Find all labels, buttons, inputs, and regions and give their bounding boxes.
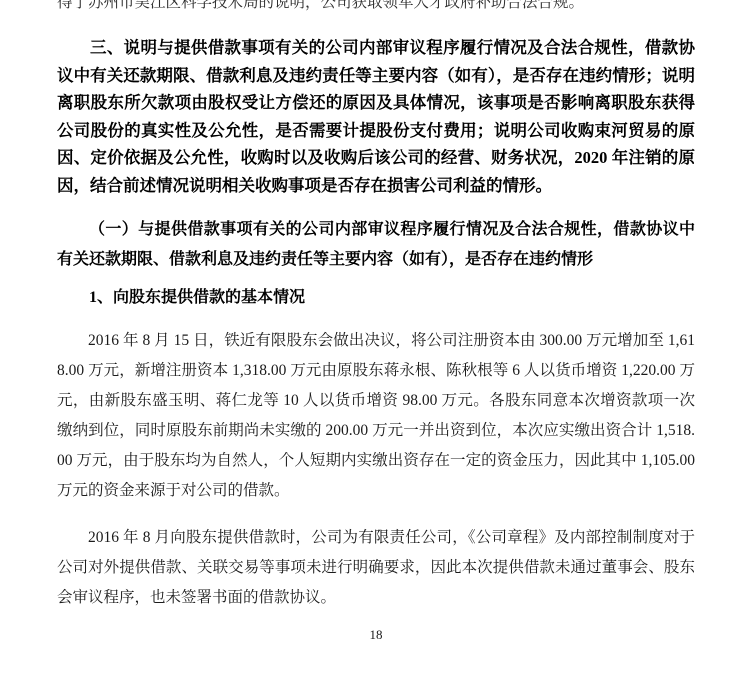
- item-1-heading: 1、向股东提供借款的基本情况: [57, 283, 695, 313]
- document-page: 得了苏州市吴江区科学技术局的说明，公司获取领军人才政府补助合法合规。 三、说明与…: [0, 0, 752, 693]
- section-3-heading: 三、说明与提供借款事项有关的公司内部审议程序履行情况及合法合规性，借款协议中有关…: [57, 34, 695, 199]
- paragraph-capital-increase: 2016 年 8 月 15 日，铁近有限股东会做出决议，将公司注册资本由 300…: [57, 326, 695, 506]
- subsection-1-heading: （一）与提供借款事项有关的公司内部审议程序履行情况及合法合规性，借款协议中有关还…: [57, 215, 695, 275]
- top-partial-line: 得了苏州市吴江区科学技术局的说明，公司获取领军人才政府补助合法合规。: [57, 0, 695, 18]
- page-content: 得了苏州市吴江区科学技术局的说明，公司获取领军人才政府补助合法合规。 三、说明与…: [0, 0, 752, 613]
- page-number: 18: [0, 627, 752, 643]
- paragraph-loan-procedure: 2016 年 8 月向股东提供借款时，公司为有限责任公司，《公司章程》及内部控制…: [57, 523, 695, 613]
